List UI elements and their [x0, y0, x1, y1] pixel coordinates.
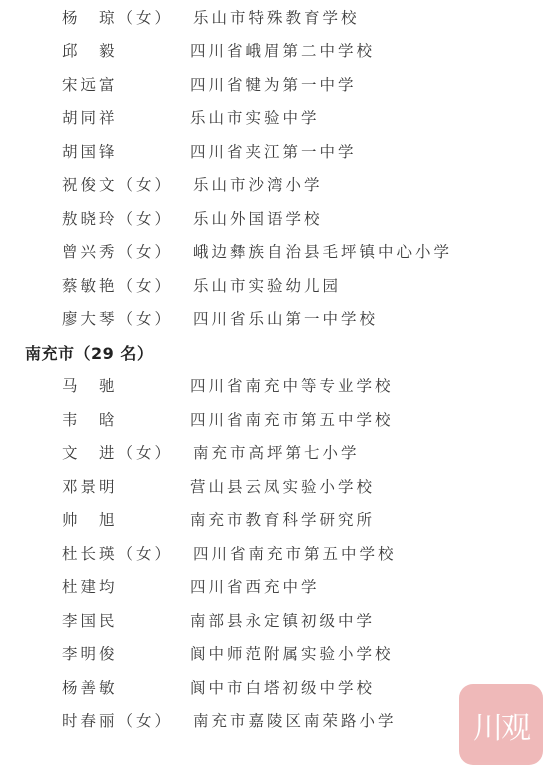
school-name: 南充市嘉陵区南荣路小学 — [193, 705, 397, 738]
person-name: 马 驰 — [62, 370, 118, 403]
person-name: 文 进（女） — [62, 437, 173, 470]
person-name: 蔡敏艳（女） — [62, 270, 173, 303]
person-name: 敖晓玲（女） — [62, 203, 173, 236]
list-item: 蔡敏艳（女）乐山市实验幼儿园 — [0, 270, 550, 303]
school-name: 阆中市白塔初级中学校 — [190, 672, 375, 705]
person-name: 杜建均 — [62, 571, 118, 604]
school-name: 乐山市沙湾小学 — [193, 169, 323, 202]
list-item: 胡国锋四川省夹江第一中学 — [0, 136, 550, 169]
school-name: 四川省峨眉第二中学校 — [190, 35, 375, 68]
school-name: 四川省夹江第一中学 — [190, 136, 357, 169]
school-name: 乐山外国语学校 — [193, 203, 323, 236]
list-item: 李明俊阆中师范附属实验小学校 — [0, 638, 550, 671]
list-item: 敖晓玲（女）乐山外国语学校 — [0, 203, 550, 236]
school-name: 乐山市特殊教育学校 — [193, 2, 360, 35]
list-item: 文 进（女）南充市高坪第七小学 — [0, 437, 550, 470]
list-item: 马 驰四川省南充中等专业学校 — [0, 370, 550, 403]
school-name: 峨边彝族自治县毛坪镇中心小学 — [193, 236, 452, 269]
school-name: 南部县永定镇初级中学 — [190, 605, 375, 638]
list-item: 邓景明营山县云凤实验小学校 — [0, 471, 550, 504]
school-name: 四川省西充中学 — [190, 571, 320, 604]
person-name: 廖大琴（女） — [62, 303, 173, 336]
school-name: 四川省南充中等专业学校 — [190, 370, 394, 403]
school-name: 四川省南充市第五中学校 — [190, 404, 394, 437]
person-name: 杜长瑛（女） — [62, 538, 173, 571]
person-name: 祝俊文（女） — [62, 169, 173, 202]
chuanguan-watermark-logo: 川观 — [459, 684, 543, 765]
list-item: 杨 琼（女）乐山市特殊教育学校 — [0, 2, 550, 35]
list-item: 李国民南部县永定镇初级中学 — [0, 605, 550, 638]
person-name: 帅 旭 — [62, 504, 118, 537]
person-name: 宋远富 — [62, 69, 118, 102]
school-name: 南充市高坪第七小学 — [193, 437, 360, 470]
school-name: 乐山市实验幼儿园 — [193, 270, 341, 303]
person-name: 杨善敏 — [62, 672, 118, 705]
list-item: 宋远富四川省犍为第一中学 — [0, 69, 550, 102]
person-name: 胡国锋 — [62, 136, 118, 169]
school-name: 阆中师范附属实验小学校 — [190, 638, 394, 671]
person-name: 邱 毅 — [62, 35, 118, 68]
person-name: 曾兴秀（女） — [62, 236, 173, 269]
list-item: 邱 毅四川省峨眉第二中学校 — [0, 35, 550, 68]
school-name: 四川省犍为第一中学 — [190, 69, 357, 102]
list-item: 胡同祥乐山市实验中学 — [0, 102, 550, 135]
list-item: 廖大琴（女）四川省乐山第一中学校 — [0, 303, 550, 336]
school-name: 四川省乐山第一中学校 — [193, 303, 378, 336]
list-item: 曾兴秀（女）峨边彝族自治县毛坪镇中心小学 — [0, 236, 550, 269]
school-name: 四川省南充市第五中学校 — [193, 538, 397, 571]
list-item: 帅 旭南充市教育科学研究所 — [0, 504, 550, 537]
person-name: 李明俊 — [62, 638, 118, 671]
person-name: 胡同祥 — [62, 102, 118, 135]
person-name: 李国民 — [62, 605, 118, 638]
person-name: 杨 琼（女） — [62, 2, 173, 35]
section-header-nanchong: 南充市（29 名） — [25, 337, 153, 370]
school-name: 乐山市实验中学 — [190, 102, 320, 135]
list-item: 祝俊文（女）乐山市沙湾小学 — [0, 169, 550, 202]
list-item: 杜建均四川省西充中学 — [0, 571, 550, 604]
school-name: 营山县云凤实验小学校 — [190, 471, 375, 504]
person-name: 时春丽（女） — [62, 705, 173, 738]
school-name: 南充市教育科学研究所 — [190, 504, 375, 537]
person-name: 邓景明 — [62, 471, 118, 504]
person-name: 韦 晗 — [62, 404, 118, 437]
list-item: 韦 晗四川省南充市第五中学校 — [0, 404, 550, 437]
list-item: 杜长瑛（女）四川省南充市第五中学校 — [0, 538, 550, 571]
